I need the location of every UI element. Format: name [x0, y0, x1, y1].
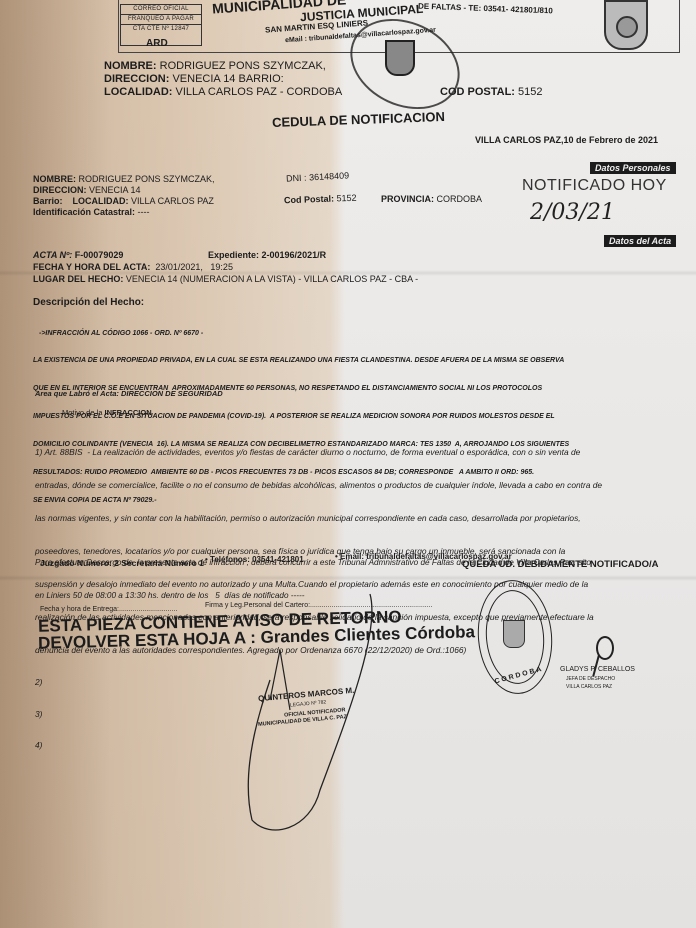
juzgado: Juzgado Número: 2 Secretaria Número 1 [40, 558, 204, 568]
signer-role: JEFA DE DESPACHO [566, 676, 615, 682]
value: RODRIGUEZ PONS SZYMCZAK, [160, 60, 326, 72]
dp-provincia: PROVINCIA: CORDOBA [381, 194, 482, 204]
label: Barrio: [33, 196, 63, 206]
value: 5152 [518, 86, 542, 98]
label: Identificación Catastral: [33, 207, 135, 217]
recipient-direccion: DIRECCION: VENECIA 14 BARRIO: [104, 73, 284, 85]
dp-barrio: Barrio: LOCALIDAD: VILLA CARLOS PAZ [33, 196, 214, 206]
label: NOMBRE: [33, 174, 76, 184]
telefonos: • Teléfonos: 03541-421801 [205, 555, 304, 564]
value: 2-00196/2021/R [262, 250, 327, 260]
dp-direccion: DIRECCION: VENECIA 14 [33, 185, 141, 195]
label: DIRECCION: [33, 185, 87, 195]
value: 19:25 [210, 262, 233, 272]
lugar-hecho: LUGAR DEL HECHO: VENECIA 14 (NUMERACION … [33, 274, 418, 284]
label: LOCALIDAD: [104, 86, 172, 98]
value: RODRIGUEZ PONS SZYMCZAK, [79, 174, 215, 184]
fecha-hora-acta: FECHA Y HORA DEL ACTA: 23/01/2021, 19:25 [33, 262, 233, 272]
label: NOMBRE: [104, 60, 157, 72]
franqueo-line: FRANQUEO A PAGAR [121, 15, 201, 25]
dp-nombre: NOMBRE: RODRIGUEZ PONS SZYMCZAK, [33, 174, 215, 184]
recipient-nombre: NOMBRE: RODRIGUEZ PONS SZYMCZAK, [104, 60, 326, 72]
value: F-00079029 [75, 250, 124, 260]
municipal-coat-of-arms-icon [604, 0, 648, 50]
signer-place: VILLA CARLOS PAZ [566, 684, 612, 690]
motivo-line: entradas, dónde se comercialice, facilit… [35, 480, 602, 491]
motivo-line: las normas vigentes, y sin contar con la… [35, 513, 602, 524]
value: VILLA CARLOS PAZ - CORDOBA [176, 86, 343, 98]
seal-emblem-icon [503, 620, 525, 648]
signer-name: GLADYS P. CEBALLOS [560, 666, 635, 673]
area-labro: Area que Labró el Acta: DIRECCION DE SEG… [35, 389, 223, 398]
motivo-line: 1) Art. 88BIS - La realización de activi… [35, 447, 602, 458]
acta-numero: ACTA Nº: F-00079029 [33, 250, 123, 260]
value: VILLA CARLOS PAZ [131, 196, 214, 206]
label: Cod Postal: [284, 194, 334, 206]
motivo-heading: Motivo de la INFRACCION [62, 408, 152, 417]
notificado-stamp: NOTIFICADO HOY [522, 177, 667, 195]
value: VENECIA 14 (NUMERACION A LA VISTA) - VIL… [126, 274, 418, 284]
descripcion-heading: Descripción del Hecho: [33, 297, 144, 308]
franqueo-line: CORREO OFICIAL [121, 5, 201, 15]
label: LUGAR DEL HECHO: [33, 274, 123, 284]
label: INFRACCION [105, 408, 152, 417]
value: ---- [138, 207, 150, 217]
label: Area que Labró el Acta: [35, 389, 119, 398]
value: 5152 [336, 193, 356, 204]
label: Expediente: [208, 250, 259, 260]
value: 23/01/2021, [155, 262, 203, 272]
label: PROVINCIA: [381, 194, 434, 204]
dp-catastral: Identificación Catastral: ---- [33, 207, 150, 217]
handwritten-date: 2/03/21 [530, 200, 615, 225]
descripcion-line: ->INFRACCIÓN AL CÓDIGO 1066 - ORD. Nº 66… [33, 329, 569, 338]
datos-personales-label: Datos Personales [590, 162, 676, 174]
datos-acta-label: Datos del Acta [604, 235, 676, 247]
queda-notificado: QUEDA UD. DEBIDAMENTE NOTIFICADO/A [462, 559, 659, 570]
fecha-entrega: Fecha y hora de Entrega:................… [40, 606, 177, 613]
label: FECHA Y HORA DEL ACTA: [33, 262, 150, 272]
value: DIRECCION DE SEGURIDAD [121, 389, 223, 398]
expediente: Expediente: 2-00196/2021/R [208, 250, 326, 260]
value: VENECIA 14 BARRIO: [172, 73, 283, 85]
label: ACTA Nº: [33, 250, 72, 260]
recipient-localidad: LOCALIDAD: VILLA CARLOS PAZ - CORDOBA [104, 86, 342, 98]
label: DIRECCION: [104, 73, 169, 85]
value: VENECIA 14 [89, 185, 141, 195]
label: LOCALIDAD: [73, 196, 129, 206]
descripcion-line: LA EXISTENCIA DE UNA PROPIEDAD PRIVADA, … [33, 356, 569, 365]
ard-label: ARD [146, 38, 168, 49]
handwritten-signature [230, 590, 390, 850]
franqueo-line: CTA CTE Nº 12847 [121, 25, 201, 34]
value: CORDOBA [437, 194, 483, 204]
label: DNI : [286, 173, 307, 184]
tribunal-label: DE FALTAS [418, 2, 462, 13]
value: 36148409 [309, 170, 350, 182]
stamp-emblem-icon [385, 40, 415, 76]
label: Motivo de la [62, 408, 102, 417]
fecha-emision: VILLA CARLOS PAZ,10 de Febrero de 2021 [475, 135, 658, 145]
